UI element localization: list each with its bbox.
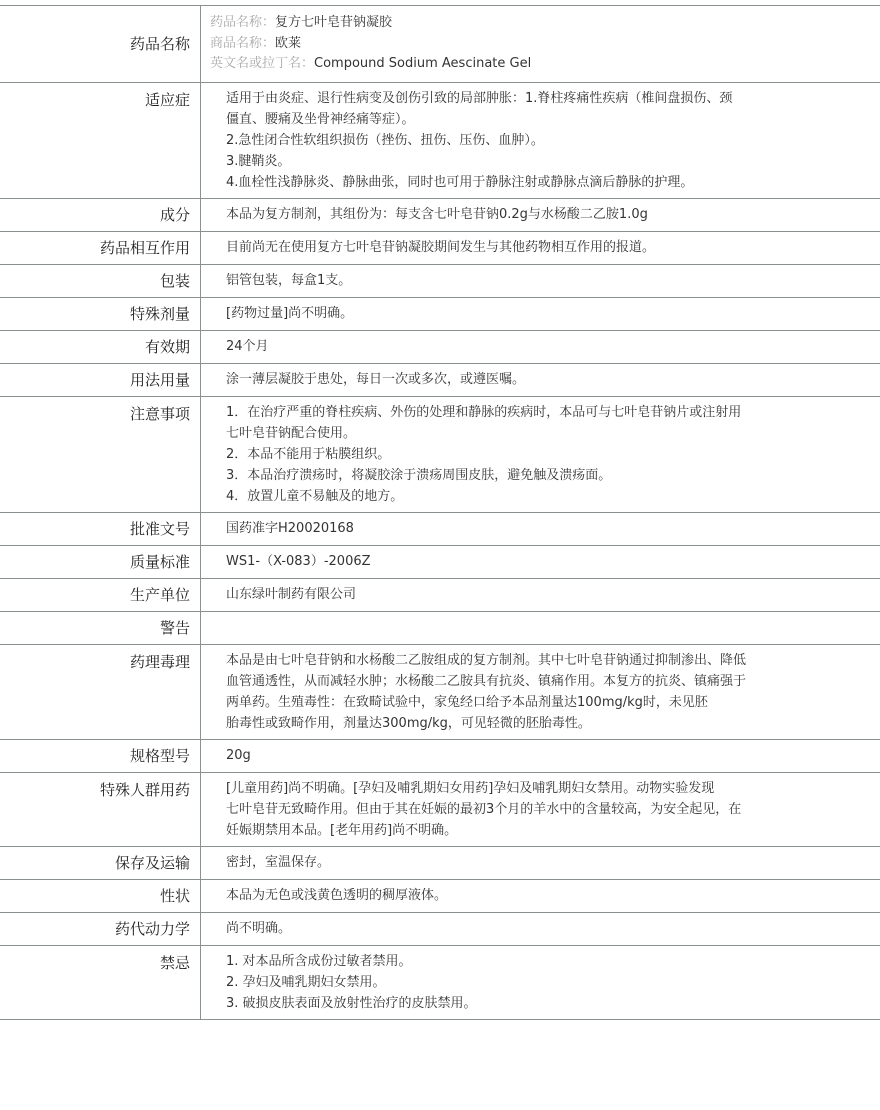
trade-name-line: 商品名称：欧莱 (210, 34, 880, 55)
row-value: 适用于由炎症、退行性病变及创伤引致的局部肿胀：1.脊柱疼痛性疾病（椎间盘损伤、颈… (201, 83, 880, 198)
value-line: 七叶皂苷无致畸作用。但由于其在妊娠的最初3个月的羊水中的含量较高，为安全起见，在 (226, 799, 880, 820)
row-value: [儿童用药]尚不明确。[孕妇及哺乳期妇女用药]孕妇及哺乳期妇女禁用。动物实验发现… (201, 773, 880, 846)
table-row: 批准文号国药准字H20020168 (0, 512, 880, 545)
value-line: 目前尚无在使用复方七叶皂苷钠凝胶期间发生与其他药物相互作用的报道。 (226, 237, 655, 258)
label-text: 特殊人群用药 (100, 779, 190, 800)
row-drug-name: 药品名称 药品名称：复方七叶皂苷钠凝胶 商品名称：欧莱 英文名或拉丁名：Comp… (0, 5, 880, 82)
row-label: 用法用量 (0, 364, 201, 396)
table-row: 有效期24个月 (0, 330, 880, 363)
trade-name-value: 欧莱 (275, 36, 301, 51)
label-text: 药品相互作用 (100, 237, 190, 258)
value-line: 适用于由炎症、退行性病变及创伤引致的局部肿胀：1.脊柱疼痛性疾病（椎间盘损伤、颈 (226, 88, 880, 109)
generic-name-value: 复方七叶皂苷钠凝胶 (275, 15, 392, 30)
value-line: 20g (226, 745, 251, 766)
row-label: 特殊剂量 (0, 298, 201, 330)
row-value (201, 612, 880, 644)
row-value: 密封，室温保存。 (201, 847, 880, 879)
value-line: 本品是由七叶皂苷钠和水杨酸二乙胺组成的复方制剂。其中七叶皂苷钠通过抑制渗出、降低 (226, 650, 880, 671)
value-line: WS1-（X-083）-2006Z (226, 551, 371, 572)
row-value: 本品是由七叶皂苷钠和水杨酸二乙胺组成的复方制剂。其中七叶皂苷钠通过抑制渗出、降低… (201, 645, 880, 739)
row-label: 保存及运输 (0, 847, 201, 879)
english-name-key: 英文名或拉丁名： (210, 56, 314, 71)
value-line: [药物过量]尚不明确。 (226, 303, 353, 324)
value-line: 血管通透性，从而减轻水肿；水杨酸二乙胺具有抗炎、镇痛作用。本复方的抗炎、镇痛强于 (226, 671, 880, 692)
table-row: 规格型号20g (0, 739, 880, 772)
table-row: 特殊剂量[药物过量]尚不明确。 (0, 297, 880, 330)
row-value: 铝管包装，每盒1支。 (201, 265, 880, 297)
table-row: 药代动力学尚不明确。 (0, 912, 880, 945)
row-value: 1. 对本品所含成份过敏者禁用。2. 孕妇及哺乳期妇女禁用。3. 破损皮肤表面及… (201, 946, 880, 1019)
table-row: 成分本品为复方制剂，其组份为：每支含七叶皂苷钠0.2g与水杨酸二乙胺1.0g (0, 198, 880, 231)
row-value: 国药准字H20020168 (201, 513, 880, 545)
row-label: 质量标准 (0, 546, 201, 578)
value-line: 1. 对本品所含成份过敏者禁用。 (226, 951, 880, 972)
value-line: [儿童用药]尚不明确。[孕妇及哺乳期妇女用药]孕妇及哺乳期妇女禁用。动物实验发现 (226, 778, 880, 799)
table-row: 特殊人群用药[儿童用药]尚不明确。[孕妇及哺乳期妇女用药]孕妇及哺乳期妇女禁用。… (0, 772, 880, 846)
label-text: 有效期 (145, 336, 190, 357)
label-text: 药理毒理 (130, 651, 190, 672)
value-line: 24个月 (226, 336, 269, 357)
row-label: 药理毒理 (0, 645, 201, 739)
row-value: 24个月 (201, 331, 880, 363)
row-label: 性状 (0, 880, 201, 912)
value-line: 国药准字H20020168 (226, 518, 354, 539)
value-line: 涂一薄层凝胶于患处，每日一次或多次，或遵医嘱。 (226, 369, 525, 390)
row-label: 包装 (0, 265, 201, 297)
label-text: 批准文号 (130, 518, 190, 539)
table-row: 禁忌1. 对本品所含成份过敏者禁用。2. 孕妇及哺乳期妇女禁用。3. 破损皮肤表… (0, 945, 880, 1020)
table-row: 药品相互作用目前尚无在使用复方七叶皂苷钠凝胶期间发生与其他药物相互作用的报道。 (0, 231, 880, 264)
label-text: 药品名称 (130, 33, 190, 54)
row-value: 1．在治疗严重的脊柱疾病、外伤的处理和静脉的疾病时，本品可与七叶皂苷钠片或注射用… (201, 397, 880, 512)
table-row: 注意事项1．在治疗严重的脊柱疾病、外伤的处理和静脉的疾病时，本品可与七叶皂苷钠片… (0, 396, 880, 512)
value-line: 胎毒性或致畸作用，剂量达300mg/kg，可见轻微的胚胎毒性。 (226, 713, 880, 734)
value-line: 3. 破损皮肤表面及放射性治疗的皮肤禁用。 (226, 993, 880, 1014)
value-line: 两单药。生殖毒性：在致畸试验中，家兔经口给予本品剂量达100mg/kg时，未见胚 (226, 692, 880, 713)
label-text: 性状 (160, 885, 190, 906)
value-line: 1．在治疗严重的脊柱疾病、外伤的处理和静脉的疾病时，本品可与七叶皂苷钠片或注射用 (226, 402, 880, 423)
row-label: 适应症 (0, 83, 201, 198)
value-line: 铝管包装，每盒1支。 (226, 270, 351, 291)
generic-name-key: 药品名称： (210, 15, 275, 30)
label-text: 生产单位 (130, 584, 190, 605)
table-row: 质量标准WS1-（X-083）-2006Z (0, 545, 880, 578)
label-text: 注意事项 (130, 403, 190, 424)
row-value: 本品为无色或浅黄色透明的稠厚液体。 (201, 880, 880, 912)
table-row: 药理毒理本品是由七叶皂苷钠和水杨酸二乙胺组成的复方制剂。其中七叶皂苷钠通过抑制渗… (0, 644, 880, 739)
label-text: 成分 (160, 204, 190, 225)
drug-info-table: 药品名称 药品名称：复方七叶皂苷钠凝胶 商品名称：欧莱 英文名或拉丁名：Comp… (0, 5, 880, 1020)
row-value: 药品名称：复方七叶皂苷钠凝胶 商品名称：欧莱 英文名或拉丁名：Compound … (201, 6, 880, 82)
row-label: 禁忌 (0, 946, 201, 1019)
value-line: 山东绿叶制药有限公司 (226, 584, 356, 605)
row-label: 成分 (0, 199, 201, 231)
row-label: 特殊人群用药 (0, 773, 201, 846)
value-line: 尚不明确。 (226, 918, 291, 939)
row-value: [药物过量]尚不明确。 (201, 298, 880, 330)
row-value: WS1-（X-083）-2006Z (201, 546, 880, 578)
table-row: 用法用量涂一薄层凝胶于患处，每日一次或多次，或遵医嘱。 (0, 363, 880, 396)
label-text: 药代动力学 (115, 918, 190, 939)
row-label: 有效期 (0, 331, 201, 363)
row-label: 警告 (0, 612, 201, 644)
value-line: 3．本品治疗溃疡时，将凝胶涂于溃疡周围皮肤，避免触及溃疡面。 (226, 465, 880, 486)
value-line: 妊娠期禁用本品。[老年用药]尚不明确。 (226, 820, 880, 841)
label-text: 警告 (160, 617, 190, 638)
table-row: 性状本品为无色或浅黄色透明的稠厚液体。 (0, 879, 880, 912)
label-text: 特殊剂量 (130, 303, 190, 324)
label-text: 质量标准 (130, 551, 190, 572)
label-text: 保存及运输 (115, 852, 190, 873)
row-label: 批准文号 (0, 513, 201, 545)
generic-name-line: 药品名称：复方七叶皂苷钠凝胶 (210, 13, 880, 34)
label-text: 适应症 (145, 89, 190, 110)
row-label: 生产单位 (0, 579, 201, 611)
row-value: 山东绿叶制药有限公司 (201, 579, 880, 611)
value-line: 2．本品不能用于粘膜组织。 (226, 444, 880, 465)
row-value: 20g (201, 740, 880, 772)
label-text: 规格型号 (130, 745, 190, 766)
value-line: 2. 孕妇及哺乳期妇女禁用。 (226, 972, 880, 993)
row-value: 目前尚无在使用复方七叶皂苷钠凝胶期间发生与其他药物相互作用的报道。 (201, 232, 880, 264)
label-text: 禁忌 (160, 952, 190, 973)
row-value: 尚不明确。 (201, 913, 880, 945)
table-row: 生产单位山东绿叶制药有限公司 (0, 578, 880, 611)
row-value: 涂一薄层凝胶于患处，每日一次或多次，或遵医嘱。 (201, 364, 880, 396)
value-line: 4.血栓性浅静脉炎、静脉曲张，同时也可用于静脉注射或静脉点滴后静脉的护理。 (226, 172, 880, 193)
row-label: 药品相互作用 (0, 232, 201, 264)
row-label: 注意事项 (0, 397, 201, 512)
label-text: 用法用量 (130, 369, 190, 390)
value-line: 3.腱鞘炎。 (226, 151, 880, 172)
value-line: 七叶皂苷钠配合使用。 (226, 423, 880, 444)
table-row: 警告 (0, 611, 880, 644)
table-row: 保存及运输密封，室温保存。 (0, 846, 880, 879)
row-value: 本品为复方制剂，其组份为：每支含七叶皂苷钠0.2g与水杨酸二乙胺1.0g (201, 199, 880, 231)
row-label: 规格型号 (0, 740, 201, 772)
value-line: 僵直、腰痛及坐骨神经痛等症）。 (226, 109, 880, 130)
label-text: 包装 (160, 270, 190, 291)
table-row: 适应症适用于由炎症、退行性病变及创伤引致的局部肿胀：1.脊柱疼痛性疾病（椎间盘损… (0, 82, 880, 198)
value-line: 本品为复方制剂，其组份为：每支含七叶皂苷钠0.2g与水杨酸二乙胺1.0g (226, 204, 648, 225)
value-line: 2.急性闭合性软组织损伤（挫伤、扭伤、压伤、血肿）。 (226, 130, 880, 151)
table-row: 包装铝管包装，每盒1支。 (0, 264, 880, 297)
trade-name-key: 商品名称： (210, 36, 275, 51)
row-label: 药品名称 (0, 6, 201, 82)
value-line: 4．放置儿童不易触及的地方。 (226, 486, 880, 507)
value-line: 本品为无色或浅黄色透明的稠厚液体。 (226, 885, 447, 906)
value-line: 密封，室温保存。 (226, 852, 330, 873)
row-label: 药代动力学 (0, 913, 201, 945)
english-name-value: Compound Sodium Aescinate Gel (314, 56, 531, 71)
english-name-line: 英文名或拉丁名：Compound Sodium Aescinate Gel (210, 54, 880, 75)
